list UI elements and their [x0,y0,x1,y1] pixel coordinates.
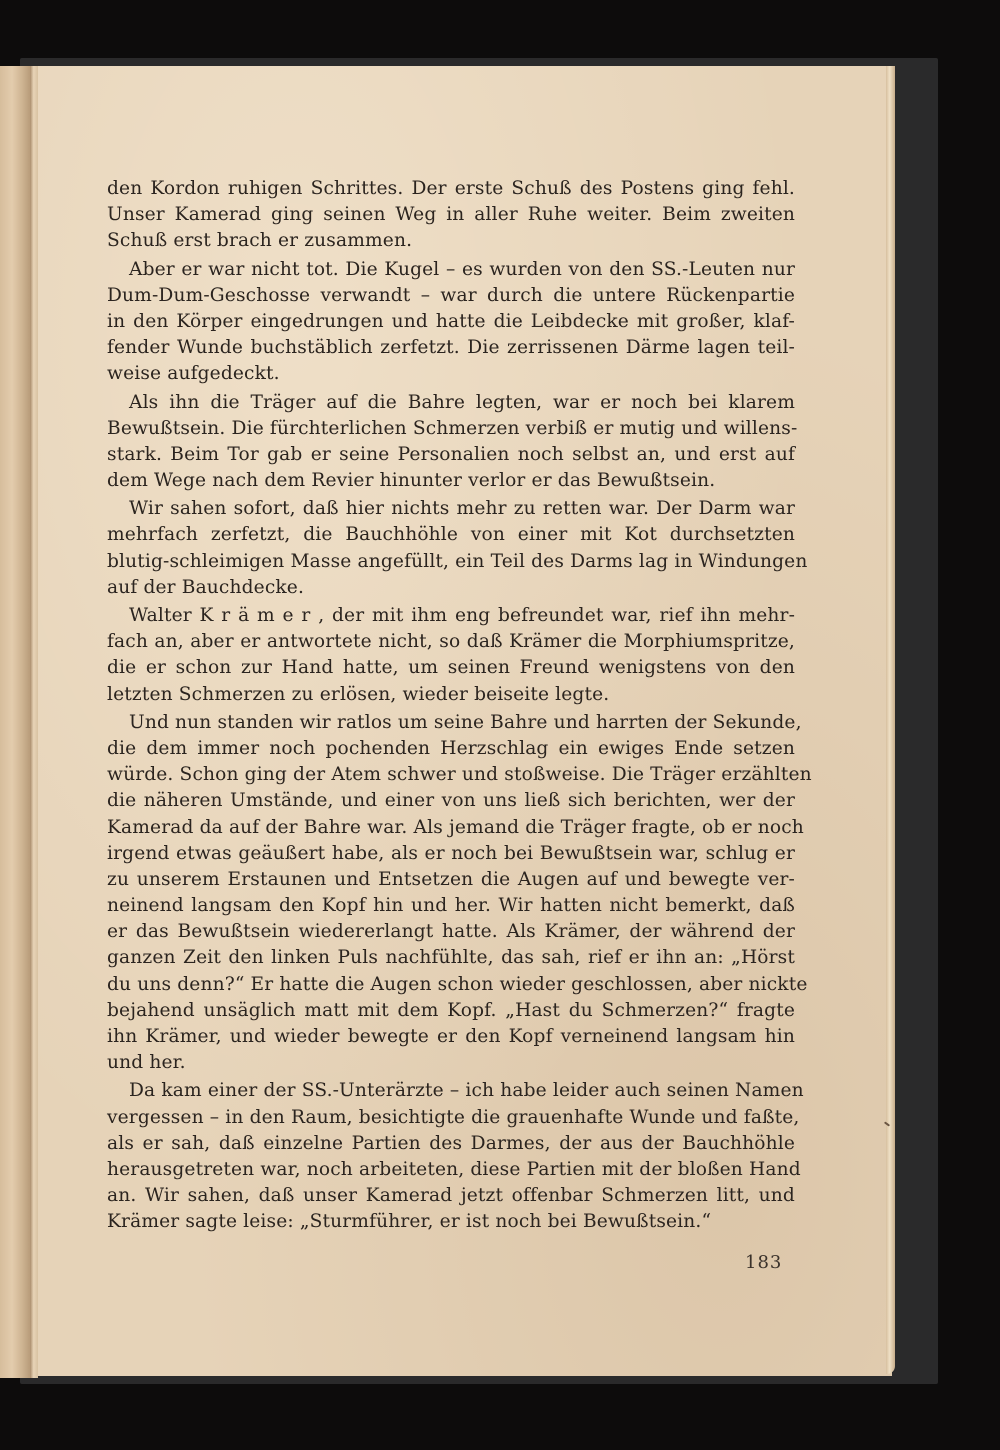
text-line: neinend langsam den Kopf hin und her. Wi… [107,893,795,919]
page-number: 183 [745,1252,782,1273]
text-line: den Kordon ruhigen Schrittes. Der erste … [107,176,795,202]
paragraph: Walter K r ä m e r , der mit ihm eng bef… [107,603,795,708]
text-line: und her. [107,1050,795,1076]
text-line: letzten Schmerzen zu erlösen, wieder bei… [107,682,795,708]
text-line: die näheren Umstände, und einer von uns … [107,788,795,814]
paragraph: Aber er war nicht tot. Die Kugel – es wu… [107,257,795,388]
paragraph: Wir sahen sofort, daß hier nichts mehr z… [107,496,795,601]
text-line: irgend etwas geäußert habe, als er noch … [107,841,795,867]
text-line: du uns denn?“ Er hatte die Augen schon w… [107,972,795,998]
text-line: Walter K r ä m e r , der mit ihm eng bef… [107,603,795,629]
text-line: blutig-schleimigen Masse angefüllt, ein … [107,549,795,575]
paragraph: Da kam einer der SS.-Unterärzte – ich ha… [107,1078,795,1235]
text-line: in den Körper eingedrungen und hatte die… [107,309,795,335]
text-line: ihn Krämer, und wieder bewegte er den Ko… [107,1024,795,1050]
text-line: dem Wege nach dem Revier hinunter verlor… [107,468,795,494]
text-line: Unser Kamerad ging seinen Weg in aller R… [107,202,795,228]
text-line: an. Wir sahen, daß unser Kamerad jetzt o… [107,1183,795,1209]
paragraph: Und nun standen wir ratlos um seine Bahr… [107,710,795,1077]
text-line: stark. Beim Tor gab er seine Personalien… [107,442,795,468]
text-line: Da kam einer der SS.-Unterärzte – ich ha… [107,1078,795,1104]
text-line: Als ihn die Träger auf die Bahre legten,… [107,390,795,416]
text-line: fach an, aber er antwortete nicht, so da… [107,629,795,655]
text-line: herausgetreten war, noch arbeiteten, die… [107,1157,795,1183]
text-line: fender Wunde buchstäblich zerfetzt. Die … [107,335,795,361]
body-text: den Kordon ruhigen Schrittes. Der erste … [107,176,795,1238]
text-line: würde. Schon ging der Atem schwer und st… [107,762,795,788]
text-line: Wir sahen sofort, daß hier nichts mehr z… [107,496,795,522]
facing-page-edge [0,66,30,1378]
text-line: mehrfach zerfetzt, die Bauchhöhle von ei… [107,522,795,548]
text-line: bejahend unsäglich matt mit dem Kopf. „H… [107,998,795,1024]
text-line: die er schon zur Hand hatte, um seinen F… [107,655,795,681]
text-line: die dem immer noch pochenden Herzschlag … [107,736,795,762]
text-line: Krämer sagte leise: „Sturmführer, er ist… [107,1209,795,1235]
text-line: ganzen Zeit den linken Puls nachfühlte, … [107,945,795,971]
paragraph: den Kordon ruhigen Schrittes. Der erste … [107,176,795,255]
text-line: er das Bewußtsein wiedererlangt hatte. A… [107,919,795,945]
text-line: Bewußtsein. Die fürchterlichen Schmerzen… [107,416,795,442]
text-line: Aber er war nicht tot. Die Kugel – es wu… [107,257,795,283]
text-line: Kamerad da auf der Bahre war. Als jemand… [107,815,795,841]
text-line: weise aufgedeckt. [107,361,795,387]
book-gutter [30,66,38,1378]
paragraph: Als ihn die Träger auf die Bahre legten,… [107,390,795,495]
text-line: zu unserem Erstaunen und Entsetzen die A… [107,867,795,893]
text-line: Dum-Dum-Geschosse verwandt – war durch d… [107,283,795,309]
text-line: als er sah, daß einzelne Partien des Dar… [107,1131,795,1157]
text-line: Schuß erst brach er zusammen. [107,228,795,254]
text-line: Und nun standen wir ratlos um seine Bahr… [107,710,795,736]
page-stack-edge [886,66,895,1374]
text-line: auf der Bauchdecke. [107,575,795,601]
text-line: vergessen – in den Raum, besichtigte die… [107,1105,795,1131]
